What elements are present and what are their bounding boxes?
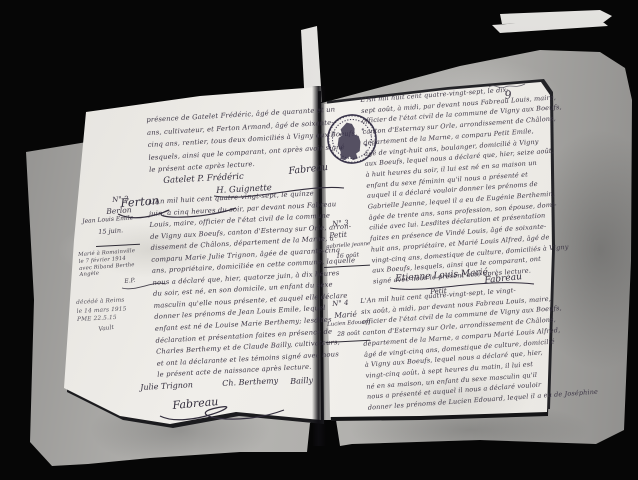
act2-body: L'An mil huit cent quatre-vingt-sept, le… [148, 188, 329, 381]
act2-signature-bailly: Bailly [290, 376, 313, 386]
act2-margin-number: N° 2 [112, 195, 129, 204]
act3-margin-surname: Petit [329, 230, 347, 240]
act3-margin-number: N° 3 [332, 219, 349, 228]
scanned-register-photograph: présence de Gatelet Frédéric, âgé de qua… [0, 0, 638, 480]
act2-death-note: décédé à Reimsle 14 mars 1915PME 22.5.15 [76, 295, 147, 324]
act3-body: L'An mil huit cent quatre-vingt-sept, le… [360, 82, 561, 287]
act4-margin-number: N° 4 [332, 299, 349, 308]
act4-body: L'An mil huit cent quatre-vingt-sept, le… [360, 283, 556, 414]
signature-flourish [152, 398, 292, 430]
act2-marriage-note: Marié à Romainvillele 7 février 1914avec… [78, 247, 150, 279]
act4-margin-surname: Marié [334, 309, 357, 320]
